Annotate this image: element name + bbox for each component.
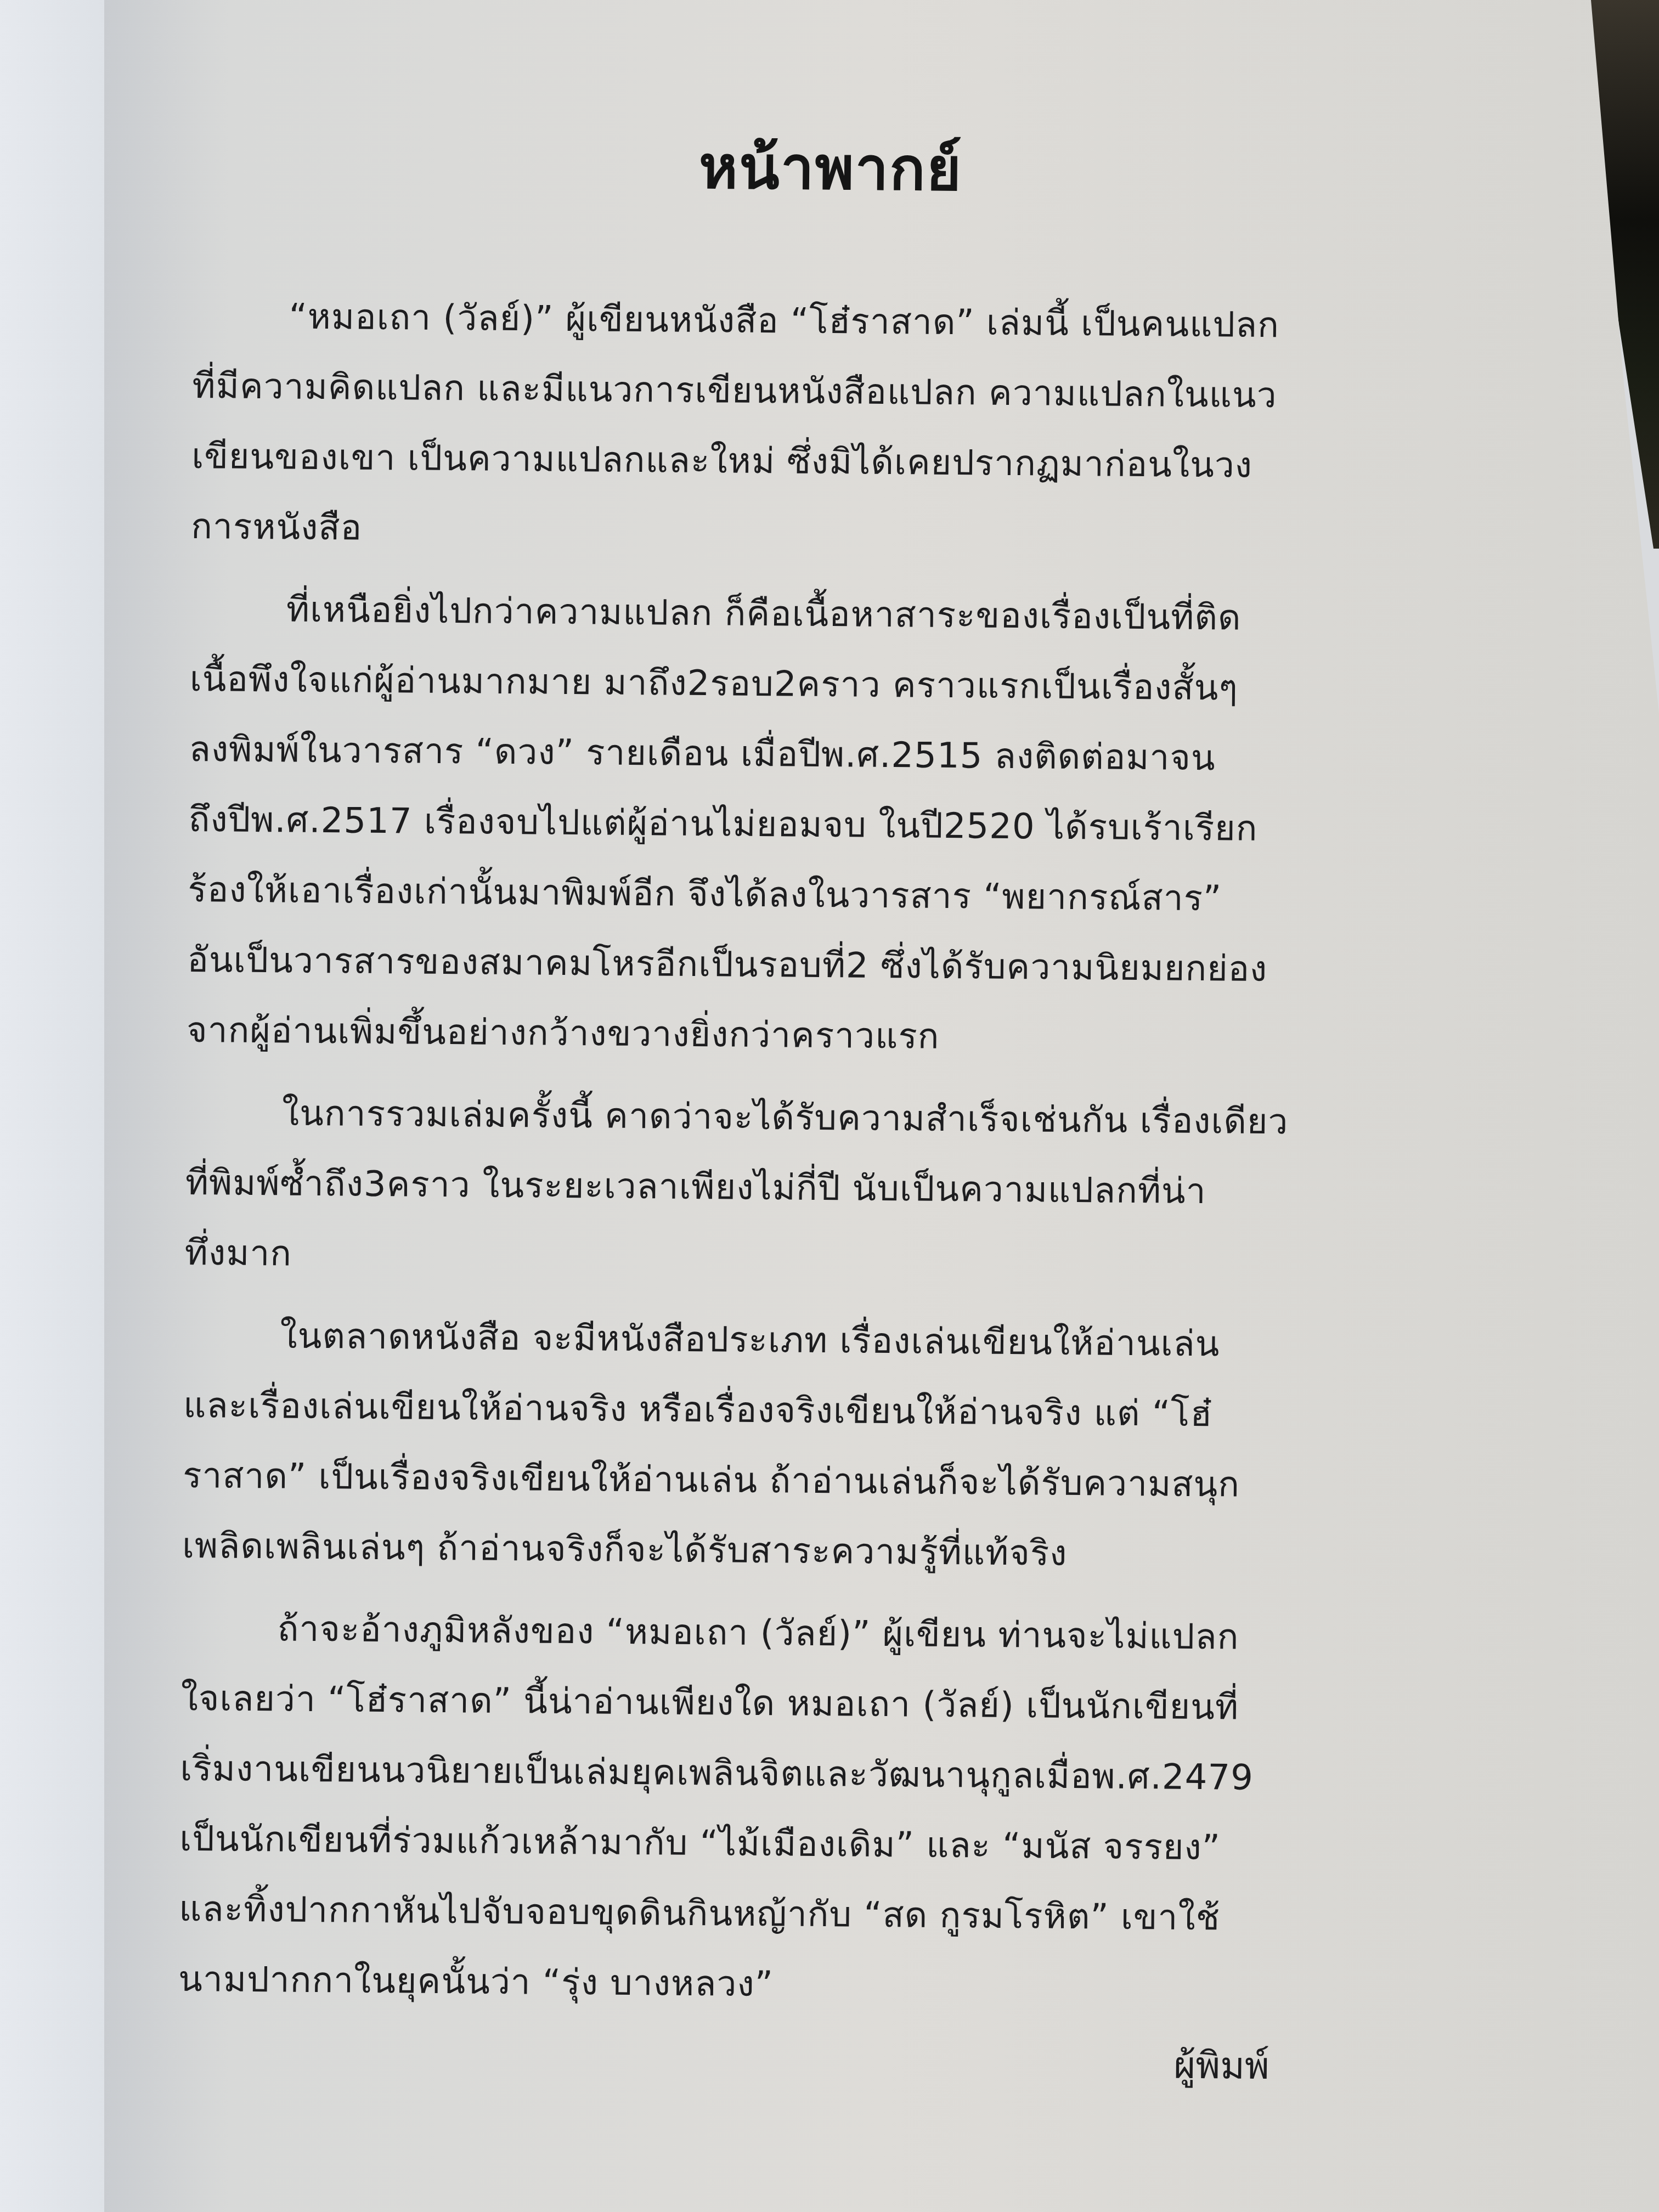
paragraph-1: “หมอเถา (วัลย์)” ผู้เขียนหนังสือ “โฮ๋ราส… [191,281,1466,573]
text-line: ร้องให้เอาเรื่องเก่านั้นมาพิมพ์อีก จึงได… [92,854,1461,936]
text-line: และเรื่องเล่นเขียนให้อ่านจริง หรือเรื่อง… [87,1369,1457,1452]
text-line: ทึ่งมาก [88,1217,1458,1299]
text-line: ถึงปีพ.ศ.2517 เรื่องจบไปแต่ผู้อ่านไม่ยอม… [92,783,1462,866]
text-line: ที่มีความคิดแปลก และมีแนวการเขียนหนังสือ… [96,350,1465,432]
text-line: “หมอเถา (วัลย์)” ผู้เขียนหนังสือ “โฮ๋ราส… [193,281,1466,362]
text-line: ถ้าจะอ้างภูมิหลังของ “หมอเถา (วัลย์)” ผู… [181,1593,1454,1674]
page-content: หน้าพากย์ “หมอเถา (วัลย์)” ผู้เขียนหนังส… [177,104,1467,2097]
paragraph-2: ที่เหนือยิ่งไปกว่าความแปลก ก็คือเนื้อหาส… [187,574,1464,1076]
text-line: เริ่มงานเขียนนวนิยายเป็นเล่มยุคเพลินจิตแ… [84,1733,1453,1815]
text-line: ในตลาดหนังสือ จะมีหนังสือประเภท เรื่องเล… [184,1300,1457,1381]
text-line: ใจเลยว่า “โฮ๋ราสาด” นี้น่าอ่านเพียงใด หม… [84,1662,1454,1745]
text-line: ที่เหนือยิ่งไปกว่าความแปลก ก็คือเนื้อหาส… [190,574,1463,655]
text-line: ที่พิมพ์ซ้ำถึง3คราว ในระยะเวลาเพียงไม่กี… [89,1147,1458,1229]
text-line: เพลิดเพลินเล่นๆ ถ้าอ่านจริงก็จะได้รับสาร… [86,1510,1455,1592]
signature: ผู้พิมพ์ [177,2027,1269,2095]
page-title: หน้าพากย์ [194,115,1467,221]
text-line: ลงพิมพ์ในวารสาร “ดวง” รายเดือน เมื่อปีพ.… [93,713,1462,795]
text-line: การหนังสือ [95,490,1464,573]
text-line: และทิ้งปากกาหันไปจับจอบขุดดินกินหญ้ากับ … [83,1873,1452,1955]
text-line: เขียนของเขา เป็นความแปลกและใหม่ ซึ่งมิได… [95,420,1465,503]
text-line: อันเป็นวารสารของสมาคมโหรอีกเป็นรอบที่2 ซ… [91,924,1460,1006]
text-line: ราสาด” เป็นเรื่องจริงเขียนให้อ่านเล่น ถ้… [87,1440,1456,1522]
text-line: จากผู้อ่านเพิ่มขึ้นอย่างกว้างขวางยิ่งกว่… [91,994,1460,1076]
text-line: นามปากกาในยุคนั้นว่า “รุ่ง บางหลวง” [82,1943,1452,2025]
text-line: ในการรวมเล่มครั้งนี้ คาดว่าจะได้รับความส… [185,1077,1459,1159]
text-line: เป็นนักเขียนที่ร่วมแก้วเหล้ามากับ “ไม้เม… [83,1803,1453,1885]
paragraph-3: ในการรวมเล่มครั้งนี้ คาดว่าจะได้รับความส… [184,1077,1459,1299]
paragraph-5: ถ้าจะอ้างภูมิหลังของ “หมอเถา (วัลย์)” ผู… [178,1593,1455,2025]
text-line: เนื้อพึงใจแก่ผู้อ่านมากมาย มาถึง2รอบ2ครา… [93,643,1463,725]
paragraph-4: ในตลาดหนังสือ จะมีหนังสือประเภท เรื่องเล… [182,1300,1457,1592]
